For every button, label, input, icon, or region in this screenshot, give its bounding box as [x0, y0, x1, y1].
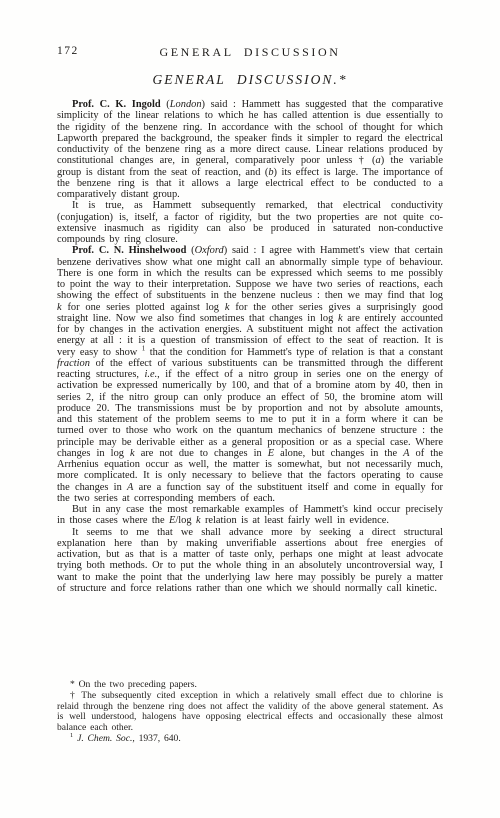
paragraph-ingold: Prof. C. K. Ingold (London) said : Hamme…	[57, 99, 443, 200]
footnotes: * On the two preceding papers. † The sub…	[57, 680, 443, 745]
page-number: 172	[57, 45, 79, 57]
journal-page: 172 GENERAL DISCUSSION GENERAL DISCUSSIO…	[0, 0, 500, 818]
paragraph-hinshelwood-3: It seems to me that we shall advance mor…	[57, 527, 443, 595]
running-head: GENERAL DISCUSSION	[57, 45, 443, 60]
section-title: GENERAL DISCUSSION.*	[0, 72, 500, 88]
footnote-reference: 1 J. Chem. Soc., 1937, 640.	[57, 734, 443, 745]
paragraph-hinshelwood: Prof. C. N. Hinshelwood (Oxford) said : …	[57, 245, 443, 504]
article-body: Prof. C. K. Ingold (London) said : Hamme…	[57, 99, 443, 594]
page-header: 172 GENERAL DISCUSSION	[57, 45, 443, 59]
paragraph-hinshelwood-2: But in any case the most remarkable exam…	[57, 504, 443, 527]
paragraph-ingold-2: It is true, as Hammett subsequently rema…	[57, 200, 443, 245]
footnote-dagger: † The subsequently cited exception in wh…	[57, 691, 443, 734]
